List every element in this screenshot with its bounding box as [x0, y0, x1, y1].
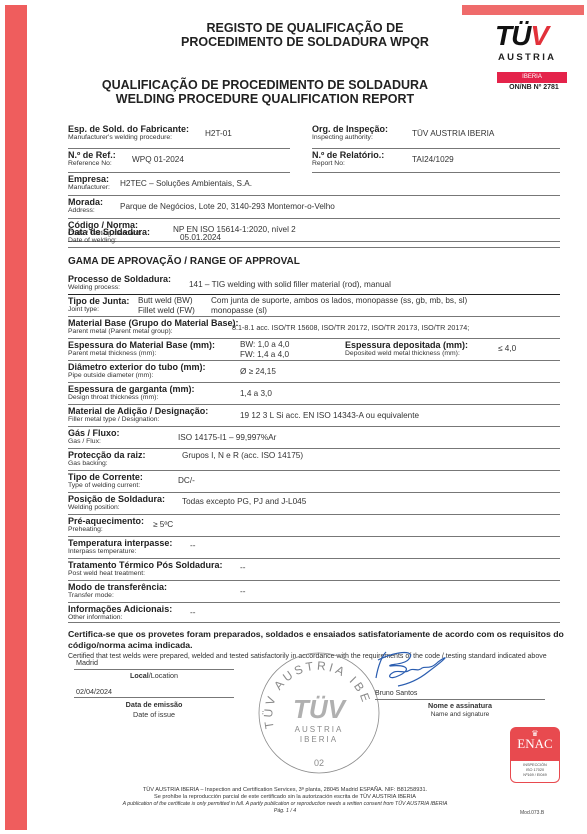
bw-thickness: BW: 1,0 a 4,0 — [240, 340, 289, 349]
field-report: N.º de Relatório.: Report No: TAI24/1029 — [312, 150, 560, 173]
signature-label-pt: Nome e assinatura — [375, 701, 545, 710]
logo-sub: AUSTRIA — [495, 52, 580, 63]
label: Modo de transferência: — [68, 582, 560, 592]
value: -- — [190, 608, 195, 617]
field-current: Tipo de Corrente: Type of welding curren… — [68, 472, 560, 493]
label: Data de Soldadura: — [68, 227, 560, 237]
page-number: Pág. 1 / 4 — [60, 808, 510, 815]
label: Tipo de Corrente: — [68, 472, 560, 482]
footer-line3: A publication of the certificate is only… — [60, 801, 510, 808]
label: Espessura de garganta (mm): — [68, 384, 560, 394]
enac-accreditation-logo: ♛ ENAC INSPECCIÓN ISO 17020 Nº169 / EI04… — [510, 727, 560, 783]
label-en: Pipe outside diameter (mm): — [68, 372, 560, 380]
value: Grupos I, N e R (acc. ISO 14175) — [182, 451, 303, 460]
field-joint: Tipo de Junta: Joint type: Butt weld (BW… — [68, 296, 560, 317]
field-parent-metal: Material Base (Grupo do Material Base): … — [68, 318, 560, 339]
field-wps: Esp. de Sold. do Fabricante: Manufacture… — [68, 124, 290, 149]
value: 1,4 a 3,0 — [240, 389, 272, 398]
field-interpass: Temperatura interpasse: Interpass temper… — [68, 538, 560, 559]
label-en: Deposited weld metal thickness (mm): — [345, 350, 468, 358]
value: -- — [240, 587, 245, 596]
label: Temperatura interpasse: — [68, 538, 560, 548]
label-en: Parent metal thickness (mm): — [68, 350, 560, 358]
label-en: Post weld heat treatment: — [68, 570, 560, 578]
location-label-en: /Location — [149, 671, 178, 680]
field-other-info: Informações Adicionais: Other informatio… — [68, 604, 560, 623]
certification-statement-pt: Certifica-se que os provetes foram prepa… — [68, 629, 568, 651]
deposited-value: ≤ 4,0 — [498, 344, 516, 353]
value: TÜV AUSTRIA IBERIA — [412, 129, 494, 138]
field-authority: Org. de Inspeção: Inspecting authority: … — [312, 124, 560, 149]
fillet-weld: Fillet weld (FW) — [138, 306, 195, 315]
issue-date-label-en: Date of issue — [74, 710, 234, 719]
label: Diâmetro exterior do tubo (mm): — [68, 362, 560, 372]
model-code: Mod.073.B — [520, 810, 544, 816]
enac-line3: Nº169 / EI049 — [511, 773, 559, 778]
value: -- — [240, 563, 245, 572]
subtitle-line-1: QUALIFICAÇÃO DE PROCEDIMENTO DE SOLDADUR… — [100, 78, 430, 92]
logo-brand: TÜ — [495, 20, 530, 51]
field-filler: Material de Adição / Designação: Filler … — [68, 406, 560, 427]
label-en: Manufacturer's welding procedure: — [68, 134, 290, 142]
value: WPQ 01-2024 — [132, 155, 184, 164]
value: 05.01.2024 — [180, 233, 221, 242]
field-company: Empresa: Manufacturer: H2TEC – Soluções … — [68, 174, 560, 196]
label-en: Design throat thickness (mm): — [68, 394, 560, 402]
label: Esp. de Sold. do Fabricante: — [68, 124, 290, 134]
butt-weld-value: Com junta de suporte, ambos os lados, mo… — [211, 296, 467, 305]
label: Posição de Soldadura: — [68, 494, 560, 504]
fw-thickness: FW: 1,4 a 4,0 — [240, 350, 289, 359]
field-ref: N.º de Ref.: Reference No: WPQ 01-2024 — [68, 150, 290, 173]
field-throat: Espessura de garganta (mm): Design throa… — [68, 384, 560, 405]
footer: TÜV AUSTRIA IBERIA – Inspection and Cert… — [60, 787, 510, 815]
location-line — [74, 669, 234, 670]
value: ≥ 5ºC — [153, 520, 173, 529]
field-gas-backing: Protecção da raiz: Gas backing: Grupos I… — [68, 450, 560, 471]
field-position: Posição de Soldadura: Welding position: … — [68, 494, 560, 515]
value: 141 – TIG welding with solid filler mate… — [189, 280, 391, 289]
signature-icon — [368, 648, 458, 690]
label-en: Preheating: — [68, 526, 560, 534]
enac-bottom: INSPECCIÓN ISO 17020 Nº169 / EI049 — [510, 761, 560, 783]
issue-date-line — [74, 697, 234, 698]
subtitle-line-2: WELDING PROCEDURE QUALIFICATION REPORT — [100, 92, 430, 106]
label: Tratamento Térmico Pós Soldadura: — [68, 560, 560, 570]
value: 8.1-8.1 acc. ISO/TR 15608, ISO/TR 20172,… — [232, 323, 469, 332]
field-preheat: Pré-aquecimento: Preheating: ≥ 5ºC — [68, 516, 560, 537]
label: Protecção da raiz: — [68, 450, 560, 460]
label-en: Other information: — [68, 614, 560, 622]
location-label: Local/Location — [74, 671, 234, 680]
value: Ø ≥ 24,15 — [240, 367, 276, 376]
value: H2T-01 — [205, 129, 232, 138]
logo-check-v: V — [530, 20, 548, 51]
field-pwht: Tratamento Térmico Pós Soldadura: Post w… — [68, 560, 560, 581]
label-en: Type of welding current: — [68, 482, 560, 490]
stamp-center-top: AUSTRIA — [295, 725, 344, 734]
value: Parque de Negócios, Lote 20, 3140-293 Mo… — [120, 202, 335, 211]
value: 19 12 3 L Si acc. EN ISO 14343-A ou equi… — [240, 411, 419, 420]
value: TAI24/1029 — [412, 155, 454, 164]
location-label-pt: Local — [130, 671, 149, 680]
footer-line1: TÜV AUSTRIA IBERIA – Inspection and Cert… — [60, 787, 510, 794]
value: Todas excepto PG, PJ and J-L045 — [182, 497, 306, 506]
document-title: REGISTO DE QUALIFICAÇÃO DE PROCEDIMENTO … — [170, 21, 440, 49]
iberia-badge: IBERIA — [497, 72, 567, 83]
label-en: Gas backing: — [68, 460, 560, 468]
butt-weld: Butt weld (BW) — [138, 296, 193, 305]
label-en: Gas / Flux: — [68, 438, 560, 446]
footer-line2: Se prohíbe la reproducción parcial de es… — [60, 794, 510, 801]
enac-name: ENAC — [510, 738, 560, 750]
label: Espessura depositada (mm): — [345, 340, 468, 350]
notified-body-number: ON/NB Nº 2781 — [494, 84, 574, 91]
label-en: Interpass temperature: — [68, 548, 560, 556]
value: ISO 14175-I1 – 99,997%Ar — [178, 433, 276, 442]
title-line-1: REGISTO DE QUALIFICAÇÃO DE — [170, 21, 440, 35]
field-gas: Gás / Fluxo: Gas / Flux: ISO 14175-I1 – … — [68, 428, 560, 449]
document-subtitle: QUALIFICAÇÃO DE PROCEDIMENTO DE SOLDADUR… — [100, 78, 430, 106]
tuv-austria-logo: TÜV AUSTRIA — [495, 22, 580, 63]
value: -- — [190, 541, 195, 550]
location-value: Madrid — [76, 658, 98, 667]
label-en: Welding position: — [68, 504, 560, 512]
label: Informações Adicionais: — [68, 604, 560, 614]
value: DC/- — [178, 476, 195, 485]
value: H2TEC – Soluções Ambientais, S.A. — [120, 179, 252, 188]
enac-top: ♛ ENAC — [510, 727, 560, 761]
field-process: Processo de Soldadura: Welding process: … — [68, 274, 560, 295]
range-of-approval-heading: GAMA DE APROVAÇÃO / RANGE OF APPROVAL — [68, 256, 300, 267]
label: Pré-aquecimento: — [68, 516, 560, 526]
field-date-of-welding: Data de Soldadura: Date of welding: 05.0… — [68, 227, 560, 248]
top-red-strip — [462, 5, 584, 15]
issue-date-label-pt: Data de emissão — [74, 700, 234, 709]
field-address: Morada: Address: Parque de Negócios, Lot… — [68, 197, 560, 219]
issue-date-value: 02/04/2024 — [76, 687, 112, 696]
label-en: Transfer mode: — [68, 592, 560, 600]
stamp-number: 02 — [314, 758, 324, 768]
signer-name: Bruno Santos — [375, 690, 417, 697]
title-line-2: PROCEDIMENTO DE SOLDADURA WPQR — [170, 35, 440, 49]
fillet-weld-value: monopasse (sl) — [211, 306, 267, 315]
signature-label-en: Name and signature — [375, 711, 545, 718]
field-parent-thickness: Espessura do Material Base (mm): Parent … — [68, 340, 560, 361]
label-en: Date of welding: — [68, 237, 560, 245]
signature-line — [375, 699, 545, 700]
field-transfer: Modo de transferência: Transfer mode: -- — [68, 582, 560, 603]
field-pipe-diameter: Diâmetro exterior do tubo (mm): Pipe out… — [68, 362, 560, 383]
svg-text:TÜV: TÜV — [293, 694, 348, 724]
deposited-thickness: Espessura depositada (mm): Deposited wel… — [345, 340, 468, 358]
left-red-band — [5, 5, 27, 830]
label: Gás / Fluxo: — [68, 428, 560, 438]
label: Espessura do Material Base (mm): — [68, 340, 560, 350]
stamp-center-bottom: IBERIA — [300, 735, 338, 744]
tuv-stamp-icon: TÜV AUSTRIA IBERIA TÜV AUSTRIA IBERIA 02 — [256, 650, 382, 776]
